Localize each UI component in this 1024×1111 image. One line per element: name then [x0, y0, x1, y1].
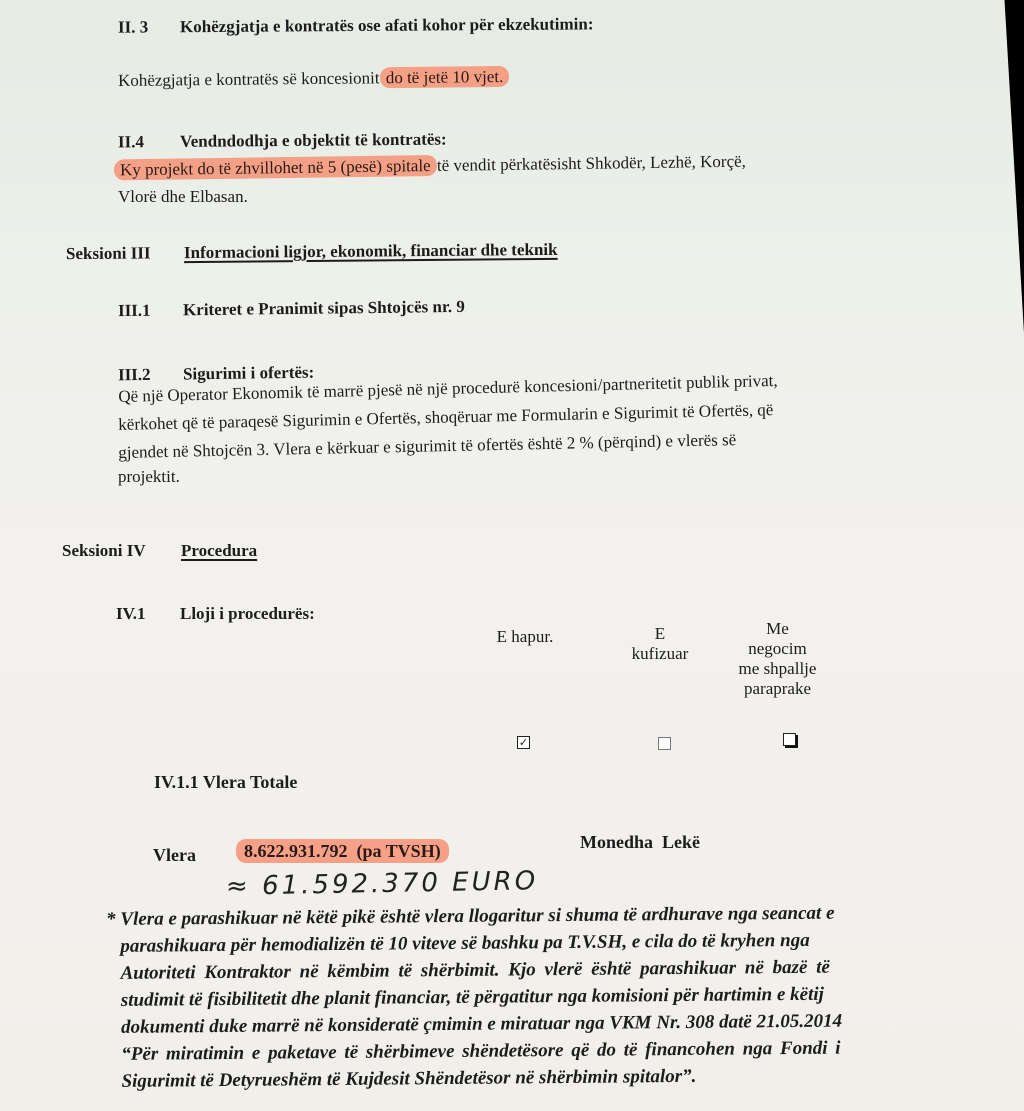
- section-iii-title: Informacioni ligjor, ekonomik, financiar…: [184, 240, 558, 262]
- section-ii4-text-line2: Vlorë dhe Elbasan.: [118, 184, 248, 209]
- section-ii4-text-rest: të vendit përkatësisht Shkodër, Lezhë, K…: [433, 152, 746, 175]
- currency-value: Lekë: [662, 832, 700, 852]
- option-negotiated-label: Me negocim me shpallje paraprake: [720, 619, 835, 699]
- highlighted-hospitals: Ky projekt do të zhvillohet në 5 (pesë) …: [114, 155, 437, 181]
- value-suffix: (pa TVSH): [357, 841, 441, 861]
- section-iv11-heading: IV.1.1 Vlera Totale: [154, 772, 297, 793]
- section-ii4-title: Vendndodhja e objektit të kontratës:: [180, 130, 447, 151]
- option-restricted-label: E kufizuar: [610, 624, 710, 664]
- section-iv1-title: Lloji i procedurës:: [180, 604, 315, 623]
- section-iv-label: Seksioni IV: [62, 541, 181, 561]
- currency-row: Monedha Lekë: [580, 832, 700, 853]
- checkbox-negotiated-icon[interactable]: [783, 733, 796, 746]
- section-iii1-number: III.1: [118, 300, 183, 321]
- section-iv1-number: IV.1: [116, 604, 180, 624]
- section-ii4-heading: II.4Vendndodhja e objektit të kontratës:: [118, 130, 447, 153]
- section-ii3-title: Kohëzgjatja e kontratës ose afati kohor …: [180, 14, 594, 36]
- section-ii3-text: Kohëzgjatja e kontratës së koncesionit d…: [118, 64, 506, 93]
- section-iii1-title: Kriteret e Pranimit sipas Shtojcës nr. 9: [183, 297, 465, 319]
- option-negotiated-text-2: negocim: [720, 639, 835, 659]
- section-ii3-text-plain: Kohëzgjatja e kontratës së koncesionit: [118, 68, 384, 90]
- option-negotiated-text-4: paraprake: [720, 679, 835, 699]
- section-iv1-heading: IV.1Lloji i procedurës:: [116, 604, 315, 624]
- option-negotiated-text-1: Me: [720, 619, 835, 639]
- value-amount: 8.622.931.792 (pa TVSH): [240, 841, 445, 862]
- checkbox-open-checked-icon[interactable]: ✓: [517, 736, 530, 749]
- section-iii2-line-4: projektit.: [118, 464, 180, 489]
- highlighted-duration: do të jetë 10 vjet.: [380, 66, 510, 88]
- option-open-label: E hapur.: [470, 627, 580, 647]
- option-negotiated-text-3: me shpallje: [720, 659, 835, 679]
- section-ii3-number: II. 3: [118, 17, 180, 37]
- section-iii-label: Seksioni III: [66, 243, 184, 264]
- option-open-text: E hapur.: [470, 627, 580, 647]
- option-restricted-text-1: E: [610, 624, 710, 644]
- section-iv-heading: Seksioni IVProcedura: [62, 541, 257, 561]
- section-iv-title: Procedura: [181, 541, 257, 560]
- value-number: 8.622.931.792: [244, 841, 348, 861]
- section-iii1-heading: III.1Kriteret e Pranimit sipas Shtojcës …: [118, 297, 465, 321]
- section-ii3-heading: II. 3Kohëzgjatja e kontratës ose afati k…: [118, 14, 594, 37]
- section-ii4-number: II.4: [118, 132, 180, 153]
- option-restricted-text-2: kufizuar: [610, 644, 710, 664]
- footnote-block: * Vlera e parashikuar në këtë pikë është…: [106, 900, 843, 1095]
- handwritten-euro-conversion: ≈ 61.592.370 EURO: [226, 866, 539, 901]
- checkbox-restricted-icon[interactable]: [658, 737, 671, 750]
- currency-label: Monedha: [580, 832, 653, 852]
- highlighted-value: 8.622.931.792 (pa TVSH): [236, 839, 449, 863]
- value-label: Vlera: [153, 845, 196, 866]
